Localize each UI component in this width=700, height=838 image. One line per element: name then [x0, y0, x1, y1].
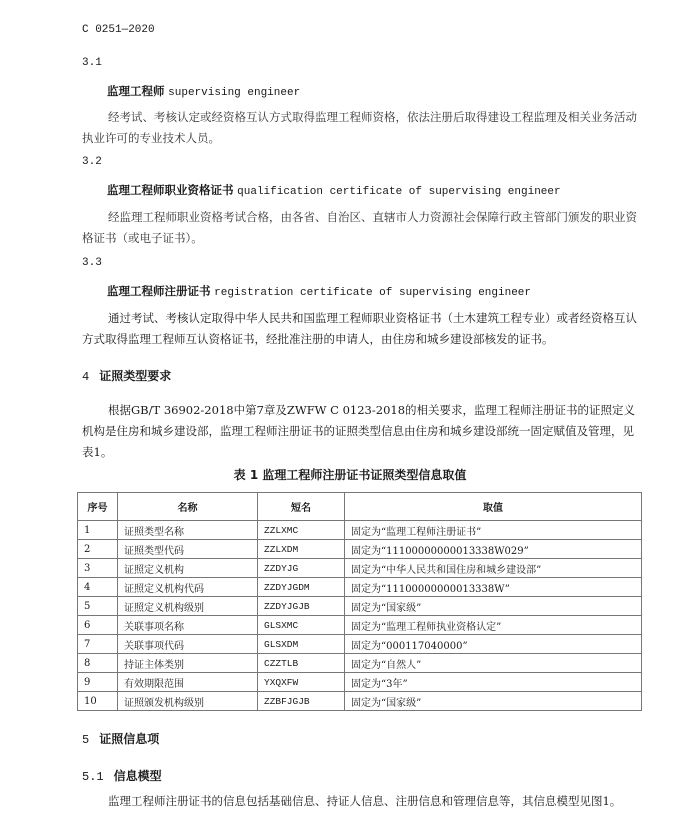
clause-number: 3.2: [82, 156, 102, 168]
document-code: C 0251—2020: [82, 24, 155, 36]
subsection-heading: 5.1信息模型: [82, 767, 162, 784]
certificate-type-table: 序号 名称 短名 取值 1证照类型名称ZZLXMC固定为“监理工程师注册证书” …: [77, 492, 642, 711]
cell-short-name: ZZDYJG: [258, 559, 345, 578]
term-definition: 经监理工程师职业资格考试合格，由各省、自治区、直辖市人力资源社会保障行政主管部门…: [82, 207, 638, 249]
cell-name: 证照定义机构代码: [118, 578, 258, 597]
cell-name: 证照定义机构级别: [118, 597, 258, 616]
cell-name: 证照定义机构: [118, 559, 258, 578]
cell-value: 固定为“自然人”: [345, 654, 642, 673]
cell-short-name: GLSXDM: [258, 635, 345, 654]
cell-value: 固定为“11100000000013338W”: [345, 578, 642, 597]
term-zh: 监理工程师注册证书: [107, 284, 211, 298]
cell-name: 证照类型代码: [118, 540, 258, 559]
table-row: 3证照定义机构ZZDYJG固定为“中华人民共和国住房和城乡建设部”: [78, 559, 642, 578]
cell-short-name: GLSXMC: [258, 616, 345, 635]
cell-name: 持证主体类别: [118, 654, 258, 673]
table-row: 9有效期限范围YXQXFW固定为“3年”: [78, 673, 642, 692]
cell-name: 关联事项名称: [118, 616, 258, 635]
cell-value: 固定为“监理工程师注册证书”: [345, 521, 642, 540]
term-heading: 监理工程师注册证书 registration certificate of su…: [107, 283, 531, 299]
section-title: 证照类型要求: [99, 369, 171, 383]
table-row: 7关联事项代码GLSXDM固定为“000117040000”: [78, 635, 642, 654]
cell-index: 4: [78, 578, 118, 597]
table-row: 1证照类型名称ZZLXMC固定为“监理工程师注册证书”: [78, 521, 642, 540]
cell-short-name: ZZBFJGJB: [258, 692, 345, 711]
cell-index: 2: [78, 540, 118, 559]
clause-number: 3.1: [82, 57, 102, 69]
clause-number: 3.3: [82, 257, 102, 269]
cell-index: 1: [78, 521, 118, 540]
cell-short-name: CZZTLB: [258, 654, 345, 673]
cell-index: 3: [78, 559, 118, 578]
cell-index: 7: [78, 635, 118, 654]
section-heading: 5证照信息项: [82, 730, 159, 747]
term-heading: 监理工程师 supervising engineer: [107, 83, 300, 99]
cell-value: 固定为“监理工程师执业资格认定”: [345, 616, 642, 635]
cell-short-name: YXQXFW: [258, 673, 345, 692]
section-paragraph: 监理工程师注册证书的信息包括基础信息、持证人信息、注册信息和管理信息等，其信息模…: [82, 791, 638, 812]
cell-short-name: ZZLXMC: [258, 521, 345, 540]
term-heading: 监理工程师职业资格证书 qualification certificate of…: [107, 182, 561, 198]
table-caption: 表 1 监理工程师注册证书证照类型信息取值: [0, 466, 700, 483]
cell-value: 固定为“中华人民共和国住房和城乡建设部”: [345, 559, 642, 578]
cell-index: 9: [78, 673, 118, 692]
table-row: 4证照定义机构代码ZZDYJGDM固定为“11100000000013338W”: [78, 578, 642, 597]
table-row: 8持证主体类别CZZTLB固定为“自然人”: [78, 654, 642, 673]
section-paragraph: 根据GB/T 36902-2018中第7章及ZWFW C 0123-2018的相…: [82, 400, 638, 463]
col-header-value: 取值: [345, 493, 642, 521]
table-row: 2证照类型代码ZZLXDM固定为“11100000000013338W029”: [78, 540, 642, 559]
cell-name: 关联事项代码: [118, 635, 258, 654]
term-definition: 经考试、考核认定或经资格互认方式取得监理工程师资格，依法注册后取得建设工程监理及…: [82, 107, 638, 149]
cell-short-name: ZZDYJGDM: [258, 578, 345, 597]
table-row: 10证照颁发机构级别ZZBFJGJB固定为“国家级”: [78, 692, 642, 711]
cell-value: 固定为“国家级”: [345, 597, 642, 616]
cell-value: 固定为“000117040000”: [345, 635, 642, 654]
cell-name: 证照类型名称: [118, 521, 258, 540]
term-en: qualification certificate of supervising…: [237, 186, 560, 198]
cell-index: 5: [78, 597, 118, 616]
cell-index: 10: [78, 692, 118, 711]
term-zh: 监理工程师职业资格证书: [107, 183, 234, 197]
cell-value: 固定为“11100000000013338W029”: [345, 540, 642, 559]
cell-name: 有效期限范围: [118, 673, 258, 692]
cell-index: 8: [78, 654, 118, 673]
subsection-number: 5.1: [82, 770, 104, 784]
section-number: 5: [82, 733, 89, 747]
cell-value: 固定为“3年”: [345, 673, 642, 692]
cell-short-name: ZZLXDM: [258, 540, 345, 559]
col-header-name: 名称: [118, 493, 258, 521]
table-row: 6关联事项名称GLSXMC固定为“监理工程师执业资格认定”: [78, 616, 642, 635]
cell-name: 证照颁发机构级别: [118, 692, 258, 711]
section-title: 证照信息项: [99, 732, 159, 746]
section-number: 4: [82, 370, 89, 384]
cell-index: 6: [78, 616, 118, 635]
term-zh: 监理工程师: [107, 84, 165, 98]
col-header-short-name: 短名: [258, 493, 345, 521]
table-row: 5证照定义机构级别ZZDYJGJB固定为“国家级”: [78, 597, 642, 616]
subsection-title: 信息模型: [114, 769, 162, 783]
col-header-index: 序号: [78, 493, 118, 521]
term-en: supervising engineer: [168, 87, 300, 99]
section-heading: 4证照类型要求: [82, 367, 171, 384]
cell-short-name: ZZDYJGJB: [258, 597, 345, 616]
term-definition: 通过考试、考核认定取得中华人民共和国监理工程师职业资格证书（土木建筑工程专业）或…: [82, 308, 638, 350]
term-en: registration certificate of supervising …: [214, 287, 531, 299]
cell-value: 固定为“国家级”: [345, 692, 642, 711]
table-header-row: 序号 名称 短名 取值: [78, 493, 642, 521]
